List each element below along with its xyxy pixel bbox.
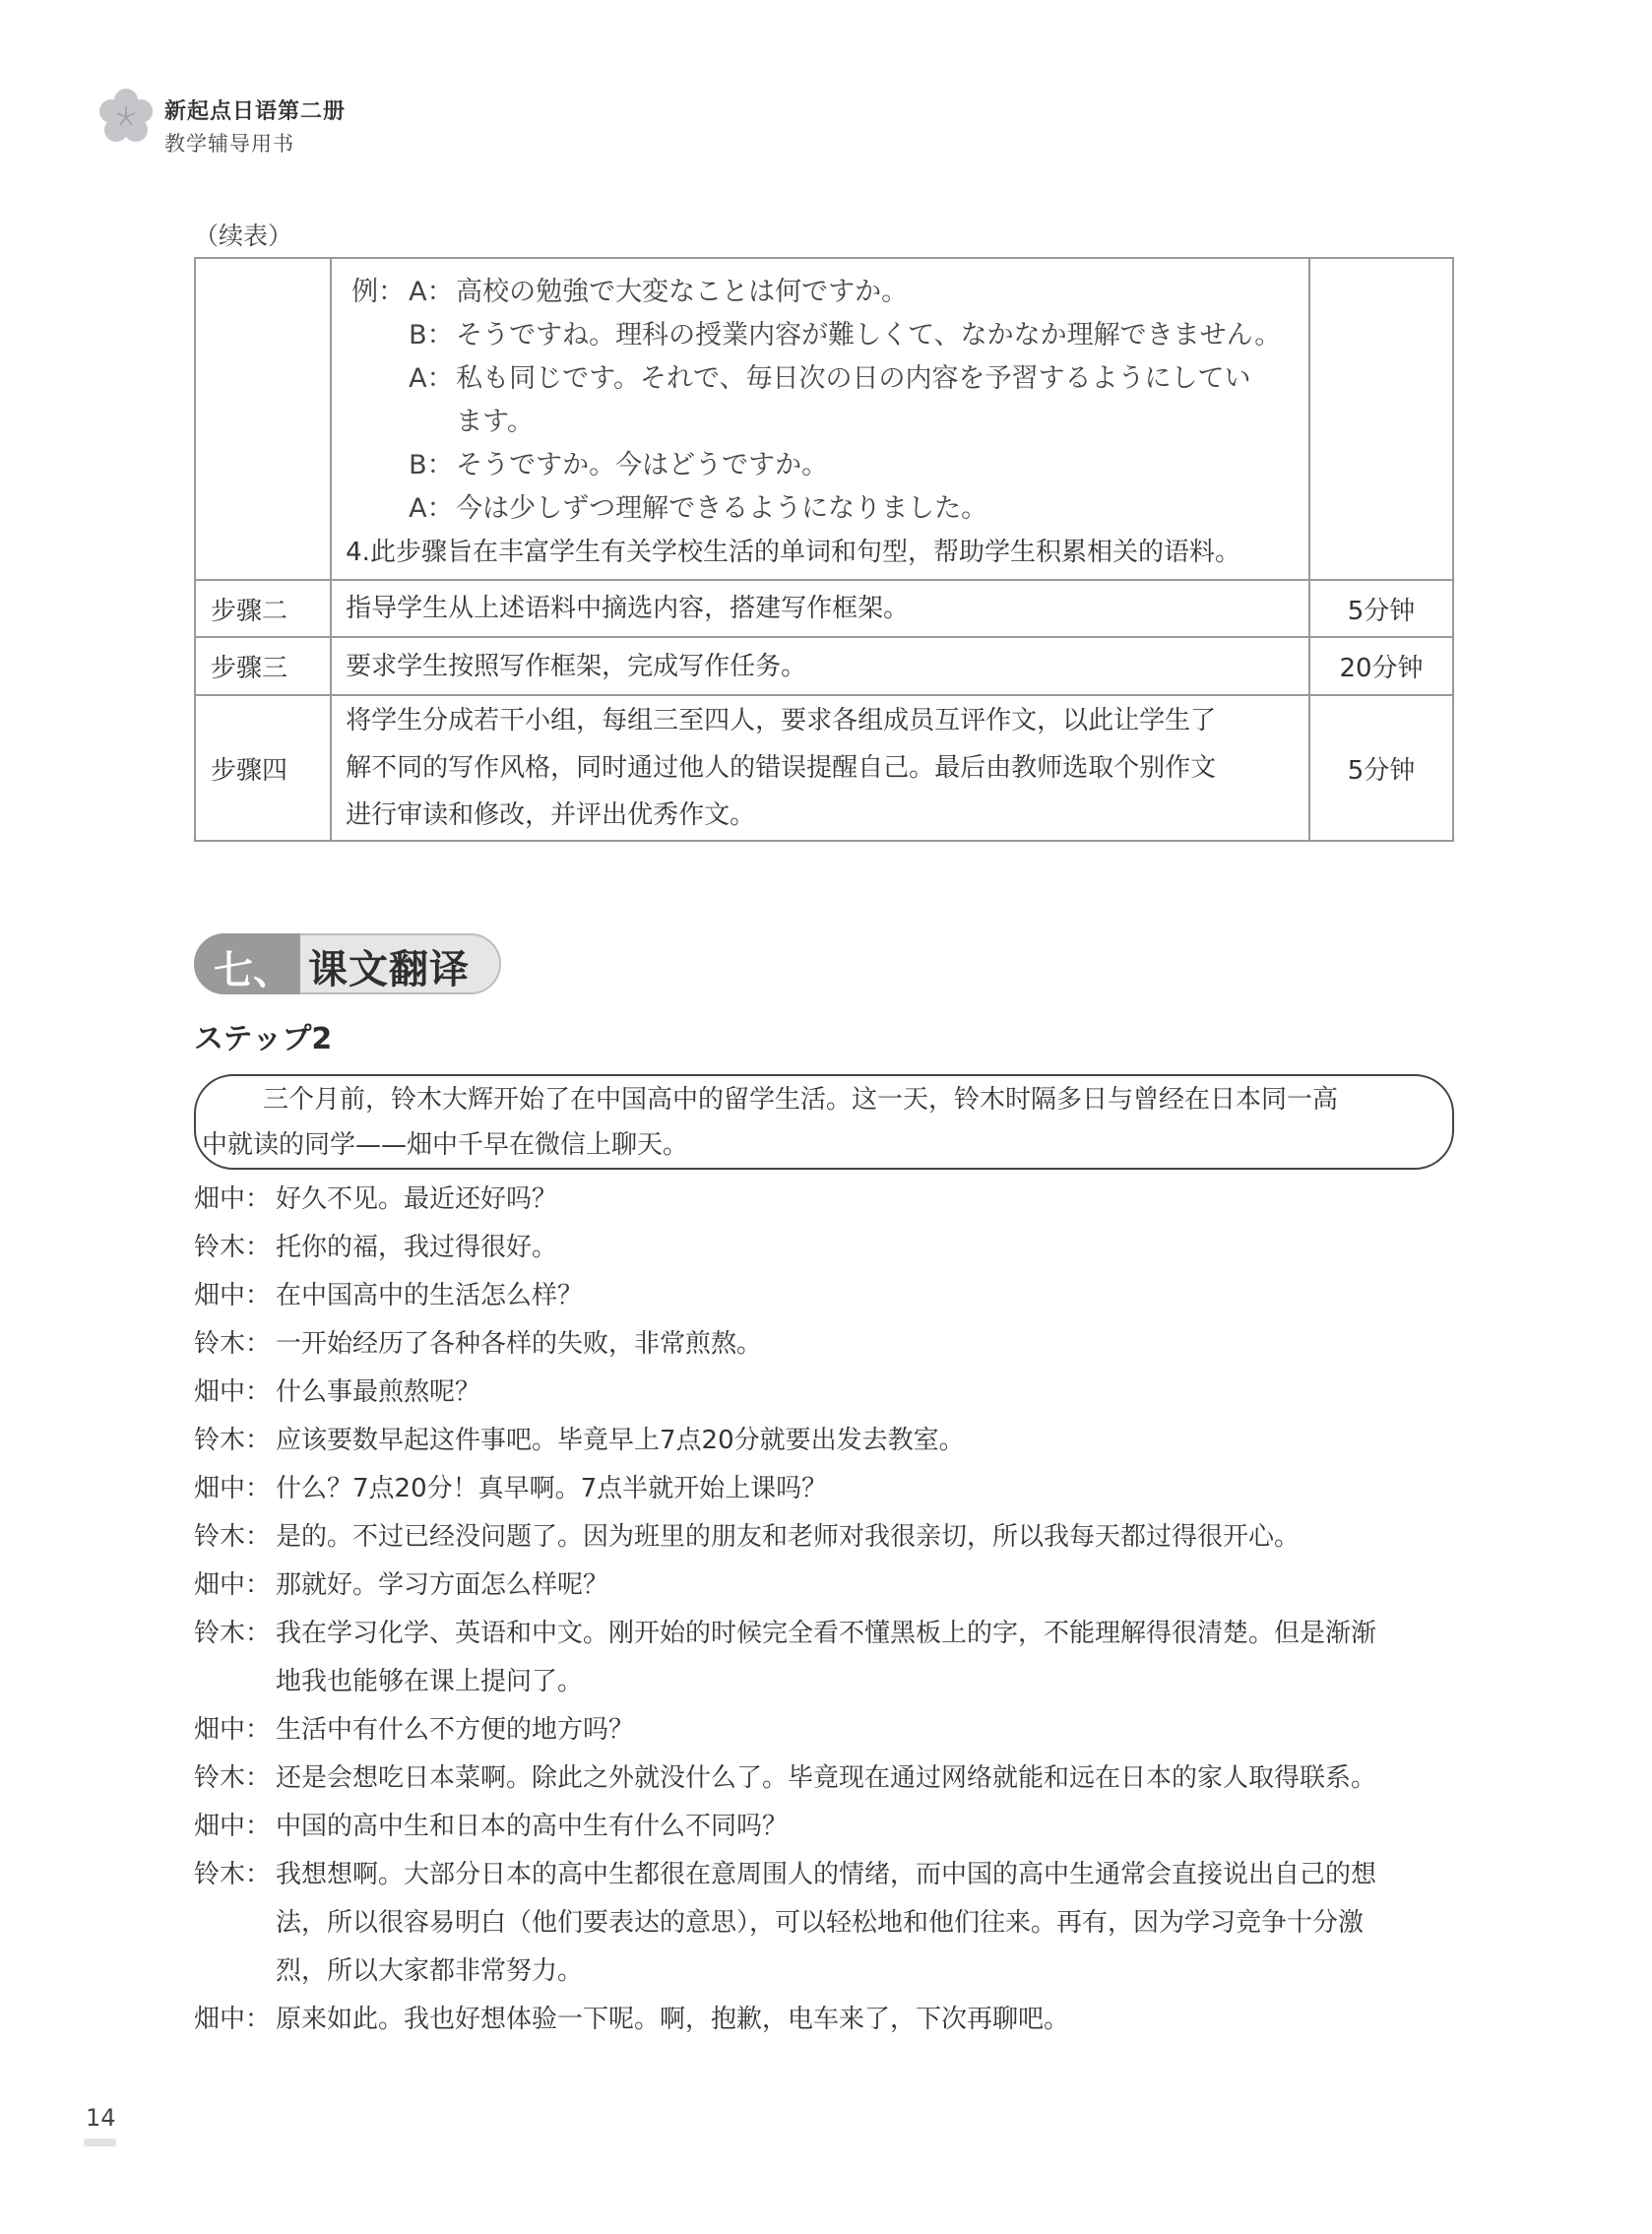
speaker-label: 铃木：	[194, 1417, 276, 1465]
step-content-line: 要求学生按照写作框架，完成写作任务。	[346, 645, 1299, 688]
dialogue-text: 中国的高中生和日本的高中生有什么不同吗？	[276, 1803, 1464, 1851]
dialogue-line: 铃木： 应该要数早起这件事吧。毕竟早上7点20分就要出发去教室。	[194, 1417, 1464, 1465]
step-content-cell: 要求学生按照写作框架，完成写作任务。	[331, 637, 1309, 695]
dialogue-text: 地我也能够在课上提问了。	[276, 1658, 1464, 1706]
flower-logo-icon	[96, 87, 156, 146]
time-cell	[1309, 258, 1453, 580]
step-content-cell: 指导学生从上述语料中摘选内容，搭建写作框架。	[331, 580, 1309, 637]
page-number: 14	[86, 2104, 116, 2132]
dialogue-line: 铃木： 托你的福，我过得很好。	[194, 1224, 1464, 1272]
book-title: 新起点日语第二册	[164, 95, 346, 125]
example-line: A： 私も同じです。それで、毎日次の日の内容を予習するようにしてい	[346, 357, 1299, 401]
step-label-cell: 步骤四	[195, 695, 331, 841]
dialogue-text: 一开始经历了各种各样的失败，非常煎熬。	[276, 1320, 1464, 1369]
speaker-label: 铃木：	[194, 1513, 276, 1562]
speaker-label: 畑中：	[194, 1465, 276, 1513]
example-speaker: A：	[409, 487, 456, 531]
dialogue-text: 那就好。学习方面怎么样呢？	[276, 1562, 1464, 1610]
dialogue-line: 畑中： 什么事最煎熬呢？	[194, 1369, 1464, 1417]
example-prefix: 例：	[351, 271, 409, 314]
dialogue-text: 烈，所以大家都非常努力。	[276, 1947, 1464, 1996]
speaker-label: 铃木：	[194, 1610, 276, 1706]
lesson-plan-table: 例： A： 高校の勉強で大変なことは何ですか。 B： そうですね。理科の授業内容…	[194, 257, 1454, 842]
time-cell: 5分钟	[1309, 695, 1453, 841]
dialogue-line: 铃木： 我在学习化学、英语和中文。刚开始的时候完全看不懂黑板上的字，不能理解得很…	[194, 1610, 1464, 1706]
dialogue-translation: 畑中： 好久不见。最近还好吗？ 铃木： 托你的福，我过得很好。 畑中： 在中国高…	[194, 1176, 1464, 2044]
dialogue-line: 铃木： 我想想啊。大部分日本的高中生都很在意周围人的情绪，而中国的高中生通常会直…	[194, 1851, 1464, 1996]
dialogue-text: 什么？7点20分！真早啊。7点半就开始上课吗？	[276, 1465, 1464, 1513]
step-label-cell	[195, 258, 331, 580]
example-speaker: A：	[409, 271, 456, 314]
book-subtitle: 教学辅导用书	[164, 128, 294, 158]
speaker-label: 铃木：	[194, 1224, 276, 1272]
step-content-cell: 将学生分成若干小组，每组三至四人，要求各组成员互评作文，以此让学生了 解不同的写…	[331, 695, 1309, 841]
dialogue-text: 是的。不过已经没问题了。因为班里的朋友和老师对我很亲切，所以我每天都过得很开心。	[276, 1513, 1464, 1562]
dialogue-text: 我想想啊。大部分日本的高中生都很在意周围人的情绪，而中国的高中生通常会直接说出自…	[276, 1851, 1464, 1899]
dialogue-text: 还是会想吃日本菜啊。除此之外就没什么了。毕竟现在通过网络就能和远在日本的家人取得…	[276, 1755, 1464, 1803]
dialogue-line: 畑中： 好久不见。最近还好吗？	[194, 1176, 1464, 1224]
dialogue-text: 原来如此。我也好想体验一下呢。啊，抱歉，电车来了，下次再聊吧。	[276, 1996, 1464, 2044]
speaker-label: 铃木：	[194, 1320, 276, 1369]
dialogue-line: 铃木： 一开始经历了各种各样的失败，非常煎熬。	[194, 1320, 1464, 1369]
table-row-step-4: 步骤四 将学生分成若干小组，每组三至四人，要求各组成员互评作文，以此让学生了 解…	[195, 695, 1453, 841]
intro-text: 三个月前，铃木大辉开始了在中国高中的留学生活。这一天，铃木时隔多日与曾经在日本同…	[202, 1077, 1444, 1168]
dialogue-line: 畑中： 在中国高中的生活怎么样？	[194, 1272, 1464, 1320]
step-label-cell: 步骤二	[195, 580, 331, 637]
dialogue-line: 畑中： 中国的高中生和日本的高中生有什么不同吗？	[194, 1803, 1464, 1851]
example-speaker: B：	[409, 314, 456, 357]
continued-table-label: （续表）	[194, 217, 292, 252]
dialogue-text: 在中国高中的生活怎么样？	[276, 1272, 1464, 1320]
table-row-step-3: 步骤三 要求学生按照写作框架，完成写作任务。 20分钟	[195, 637, 1453, 695]
dialogue-text: 我在学习化学、英语和中文。刚开始的时候完全看不懂黑板上的字，不能理解得很清楚。但…	[276, 1610, 1464, 1658]
dialogue-line: 畑中： 生活中有什么不方便的地方吗？	[194, 1706, 1464, 1755]
step-content-line: 将学生分成若干小组，每组三至四人，要求各组成员互评作文，以此让学生了	[346, 697, 1299, 744]
table-row-step-2: 步骤二 指导学生从上述语料中摘选内容，搭建写作框架。 5分钟	[195, 580, 1453, 637]
dialogue-text: 生活中有什么不方便的地方吗？	[276, 1706, 1464, 1755]
table-row-example: 例： A： 高校の勉強で大変なことは何ですか。 B： そうですね。理科の授業内容…	[195, 258, 1453, 580]
dialogue-line: 畑中： 原来如此。我也好想体验一下呢。啊，抱歉，电车来了，下次再聊吧。	[194, 1996, 1464, 2044]
example-text: 高校の勉強で大変なことは何ですか。	[456, 271, 908, 314]
speaker-label: 畑中：	[194, 1176, 276, 1224]
speaker-label: 畑中：	[194, 1706, 276, 1755]
example-line: A： 今は少しずつ理解できるようになりました。	[346, 487, 1299, 531]
speaker-label: 畑中：	[194, 1803, 276, 1851]
dialogue-text: 法，所以很容易明白（他们要表达的意思），可以轻松地和他们往来。再有，因为学习竞争…	[276, 1899, 1464, 1947]
example-text: 私も同じです。それで、毎日次の日の内容を予習するようにしてい	[456, 357, 1250, 401]
dialogue-text: 托你的福，我过得很好。	[276, 1224, 1464, 1272]
dialogue-line: 畑中： 什么？7点20分！真早啊。7点半就开始上课吗？	[194, 1465, 1464, 1513]
dialogue-text: 什么事最煎熬呢？	[276, 1369, 1464, 1417]
example-line: ます。	[346, 401, 1299, 444]
example-line: 例： A： 高校の勉強で大変なことは何ですか。	[346, 271, 1299, 314]
speaker-label: 畑中：	[194, 1272, 276, 1320]
example-line: B： そうですか。今はどうですか。	[346, 444, 1299, 487]
intro-line: 三个月前，铃木大辉开始了在中国高中的留学生活。这一天，铃木时隔多日与曾经在日本同…	[202, 1077, 1444, 1122]
dialogue-text: 应该要数早起这件事吧。毕竟早上7点20分就要出发去教室。	[276, 1417, 1464, 1465]
dialogue-line: 畑中： 那就好。学习方面怎么样呢？	[194, 1562, 1464, 1610]
example-text: そうですね。理科の授業内容が難しくて、なかなか理解できません。	[456, 314, 1281, 357]
step-note: 4.此步骤旨在丰富学生有关学校生活的单词和句型，帮助学生积累相关的语料。	[346, 531, 1299, 574]
example-text: そうですか。今はどうですか。	[456, 444, 828, 487]
example-speaker: B：	[409, 444, 456, 487]
step-label-cell: 步骤三	[195, 637, 331, 695]
speaker-label: 铃木：	[194, 1755, 276, 1803]
dialogue-line: 铃木： 还是会想吃日本菜啊。除此之外就没什么了。毕竟现在通过网络就能和远在日本的…	[194, 1755, 1464, 1803]
section-number: 七、	[214, 939, 292, 995]
step-title: ステップ2	[194, 1014, 332, 1057]
speaker-label: 畑中：	[194, 1369, 276, 1417]
dialogue-text: 好久不见。最近还好吗？	[276, 1176, 1464, 1224]
section-number-badge: 七、	[194, 933, 300, 994]
speaker-label: 畑中：	[194, 1562, 276, 1610]
example-text: 今は少しずつ理解できるようになりました。	[456, 487, 987, 531]
speaker-label: 畑中：	[194, 1996, 276, 2044]
example-dialogue: 例： A： 高校の勉強で大変なことは何ですか。 B： そうですね。理科の授業内容…	[346, 265, 1299, 574]
page-number-bar	[84, 2138, 116, 2146]
dialogue-line: 铃木： 是的。不过已经没问题了。因为班里的朋友和老师对我很亲切，所以我每天都过得…	[194, 1513, 1464, 1562]
section-title: 课文翻译	[308, 938, 470, 994]
step-content-line: 指导学生从上述语料中摘选内容，搭建写作框架。	[346, 587, 1299, 630]
intro-line: 中就读的同学——畑中千早在微信上聊天。	[202, 1122, 1444, 1168]
example-line: B： そうですね。理科の授業内容が難しくて、なかなか理解できません。	[346, 314, 1299, 357]
step-content-line: 解不同的写作风格，同时通过他人的错误提醒自己。最后由教师选取个别作文	[346, 744, 1299, 792]
time-cell: 20分钟	[1309, 637, 1453, 695]
time-cell: 5分钟	[1309, 580, 1453, 637]
example-content-cell: 例： A： 高校の勉強で大変なことは何ですか。 B： そうですね。理科の授業内容…	[331, 258, 1309, 580]
example-speaker: A：	[409, 357, 456, 401]
step-content-line: 进行审读和修改，并评出优秀作文。	[346, 792, 1299, 839]
example-text: ます。	[456, 401, 534, 444]
speaker-label: 铃木：	[194, 1851, 276, 1996]
